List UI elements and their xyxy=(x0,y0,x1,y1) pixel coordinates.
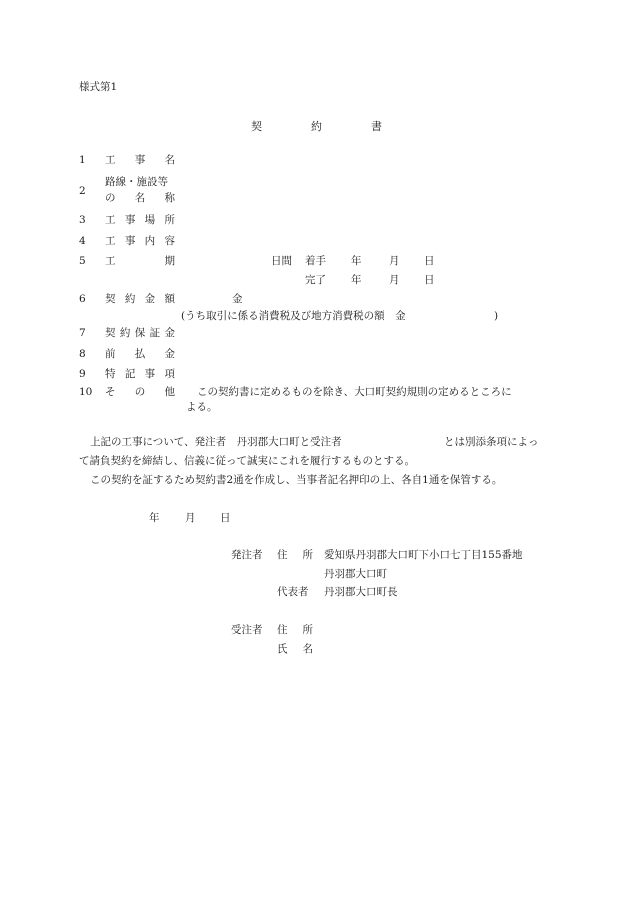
label-char: 工 xyxy=(105,255,116,268)
label-char: 契 xyxy=(105,327,116,340)
body-para1-line1-b: とは別添条項によっ xyxy=(444,436,539,449)
label-char: 期 xyxy=(165,255,176,268)
label-char: 名 xyxy=(165,154,176,167)
contractor-name-label: 氏名 xyxy=(277,643,313,656)
date-year-label: 年 xyxy=(149,512,160,525)
label-char: 払 xyxy=(135,348,146,361)
label-char: 記 xyxy=(125,368,136,381)
end-month-label: 月 xyxy=(389,274,400,287)
orderer-rep-label: 代表者 xyxy=(277,586,309,599)
item-label-special-notes: 特記事項 xyxy=(105,368,175,381)
label-char: 額 xyxy=(164,293,175,306)
orderer-name: 丹羽郡大口町 xyxy=(324,568,387,581)
label-char: 事 xyxy=(125,214,136,227)
label-char: 契 xyxy=(105,293,116,306)
orderer-rep: 丹羽郡大口町長 xyxy=(324,586,398,599)
item-label-construction-content: 工事内容 xyxy=(105,235,175,248)
contractor-address-label: 住所 xyxy=(277,624,313,637)
item-number: 10 xyxy=(79,386,92,399)
item-number: 6 xyxy=(79,293,86,306)
label-char: 工 xyxy=(105,235,116,248)
end-year-label: 年 xyxy=(351,274,362,287)
contractor-role: 受注者 xyxy=(231,624,263,637)
label-char: 事 xyxy=(125,235,136,248)
label-char: 証 xyxy=(150,327,161,340)
label-char: 金 xyxy=(145,293,156,306)
item-label-route-facility: 路線・施設等 xyxy=(105,176,168,189)
document-title: 契 約 書 xyxy=(251,120,382,133)
end-label: 完了 xyxy=(305,274,326,287)
date-month-label: 月 xyxy=(185,512,196,525)
orderer-role: 発注者 xyxy=(231,549,263,562)
item-label-construction-period: 工期 xyxy=(105,255,175,268)
item-label-construction-location: 工事場所 xyxy=(105,214,175,227)
title-char: 書 xyxy=(371,120,382,133)
item-number: 3 xyxy=(79,214,86,227)
body-para2: この契約を証するため契約書2通を作成し、当事者記名押印の上、各自1通を保管する。 xyxy=(90,474,502,487)
end-day-label: 日 xyxy=(424,274,435,287)
label-char: 所 xyxy=(303,549,314,562)
body-para1-line1-a: 上記の工事について、発注者 丹羽郡大口町と受注者 xyxy=(90,436,342,449)
item-number: 9 xyxy=(79,368,86,381)
item-label-contract-amount: 契約金額 xyxy=(105,293,175,306)
label-char: の xyxy=(135,386,146,399)
item-label-construction-name: 工事名 xyxy=(105,154,175,167)
label-char: 氏 xyxy=(277,643,288,656)
tax-note-close: ) xyxy=(494,310,498,323)
label-char: 容 xyxy=(164,235,175,248)
others-text-line1: この契約書に定めるものを除き、大口町契約規則の定めるところに xyxy=(197,386,512,399)
label-char: 約 xyxy=(120,327,131,340)
others-text-line2: よる。 xyxy=(186,401,218,414)
period-days-label: 日間 xyxy=(271,255,292,268)
item-label-contract-deposit: 契約保証金 xyxy=(105,327,175,340)
label-char: 前 xyxy=(105,348,116,361)
start-year-label: 年 xyxy=(351,255,362,268)
label-char: そ xyxy=(105,386,116,399)
label-char: 名 xyxy=(303,643,314,656)
label-char: 内 xyxy=(145,235,156,248)
label-char: 金 xyxy=(165,327,176,340)
start-day-label: 日 xyxy=(424,255,435,268)
item-label-others: その他 xyxy=(105,386,175,399)
label-char: 特 xyxy=(105,368,116,381)
item-number: 2 xyxy=(79,185,86,198)
item-label-advance-payment: 前払金 xyxy=(105,348,175,361)
label-char: 工 xyxy=(105,214,116,227)
date-day-label: 日 xyxy=(220,512,231,525)
label-char: 称 xyxy=(165,192,176,205)
label-char: 項 xyxy=(164,368,175,381)
label-char: 事 xyxy=(135,154,146,167)
item-number: 4 xyxy=(79,235,86,248)
orderer-address: 愛知県丹羽郡大口町下小口七丁目155番地 xyxy=(324,549,523,562)
item-number: 1 xyxy=(79,154,86,167)
label-char: 金 xyxy=(165,348,176,361)
label-char: の xyxy=(105,192,116,205)
orderer-address-label: 住所 xyxy=(277,549,313,562)
label-char: 保 xyxy=(135,327,146,340)
label-char: 場 xyxy=(145,214,156,227)
item-label-route-facility-name: の名称 xyxy=(105,192,175,205)
label-char: 約 xyxy=(125,293,136,306)
item-number: 5 xyxy=(79,255,86,268)
contract-amount-currency: 金 xyxy=(232,293,243,306)
tax-note: (うち取引に係る消費税及び地方消費税の額 金 xyxy=(181,310,406,323)
label-char: 所 xyxy=(164,214,175,227)
title-char: 約 xyxy=(311,120,322,133)
label-char: 住 xyxy=(277,624,288,637)
label-char: 名 xyxy=(135,192,146,205)
label-char: 住 xyxy=(277,549,288,562)
start-month-label: 月 xyxy=(389,255,400,268)
form-number: 様式第1 xyxy=(79,81,117,94)
start-label: 着手 xyxy=(305,255,326,268)
label-char: 工 xyxy=(105,154,116,167)
title-char: 契 xyxy=(251,120,262,133)
item-number: 8 xyxy=(79,348,86,361)
label-char: 所 xyxy=(303,624,314,637)
item-number: 7 xyxy=(79,327,86,340)
body-para1-line2: て請負契約を締結し、信義に従って誠実にこれを履行するものとする。 xyxy=(79,455,415,468)
label-char: 他 xyxy=(165,386,176,399)
label-char: 事 xyxy=(145,368,156,381)
